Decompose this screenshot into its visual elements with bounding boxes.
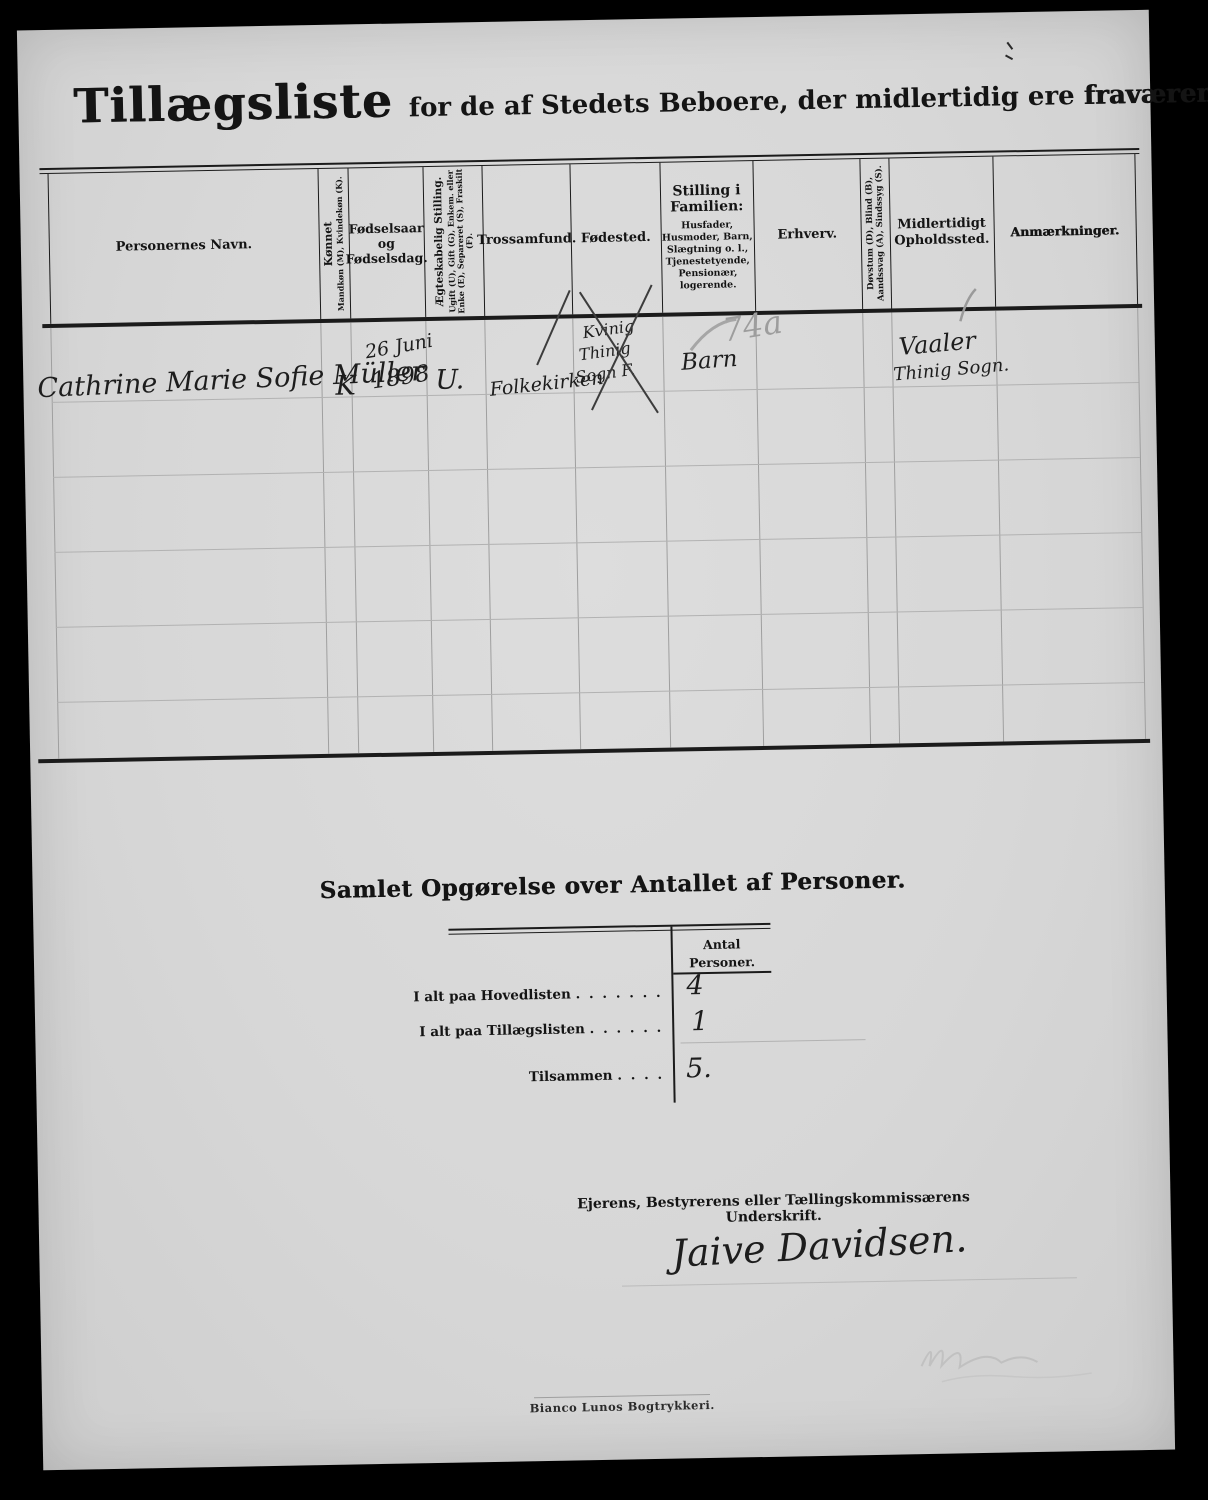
vertical-label: Døvstum (D), Blind (B), Aandssvag (A), S… [864, 161, 886, 307]
col-header-label: Erhverv. [777, 227, 837, 244]
col-header-aegteskabelig-stilling: Ægteskabelig Stilling. Ugift (U), Gift (… [422, 166, 484, 317]
form-title-main: Tillægsliste [73, 74, 393, 135]
scanned-census-sheet: Tillægsliste for de af Stedets Beboere, … [0, 0, 1208, 1500]
ink-speck [1005, 42, 1012, 59]
body-row-line [57, 682, 1144, 703]
summary-value-hovedlisten: 4 [686, 970, 704, 1001]
col-header-label: Døvstum (D), Blind (B), Aandssvag (A), S… [864, 161, 886, 307]
printer-imprint: Bianco Lunos Bogtrykkeri. [512, 1398, 732, 1416]
col-header-foedselsaar: Fødselsaar og Fødselsdag. [347, 167, 425, 318]
body-row-line [56, 607, 1143, 628]
col-header-sublabel: Husfader, Husmoder, Barn, Slægtning o. l… [660, 219, 754, 292]
col-header-trossamfund: Trossamfund. [481, 164, 572, 316]
col-header-label: Fødselsaar og Fødselsdag. [345, 220, 428, 266]
body-row-line [54, 532, 1141, 553]
summary-row-dots: . . . . [617, 1067, 664, 1084]
summary-row-tillaegslisten: I alt paa Tillægslisten . . . . . . [413, 1020, 663, 1041]
col-header-erhverv: Erhverv. [752, 159, 862, 311]
form-title: Tillægsliste for de af Stedets Beboere, … [73, 61, 1094, 135]
pencil-scribble [942, 1373, 1092, 1382]
col-header-sublabel: Ugift (U), Gift (G), Enkem. eller Enke (… [445, 168, 475, 314]
col-header-stilling-i-familien: Stilling i Familien: Husfader, Husmoder,… [659, 161, 755, 313]
col-header-doevstum: Døvstum (D), Blind (B), Aandssvag (A), S… [859, 159, 891, 310]
form-title-rest: for de af Stedets Beboere, der midlertid… [409, 81, 1075, 123]
summary-col-header: Antal Personer. [674, 935, 771, 972]
summary-row-dots: . . . . . . [589, 1020, 663, 1037]
summary-row-dots: . . . . . . . [575, 985, 662, 1003]
body-row-line [53, 457, 1140, 478]
col-header-label: Trossamfund. [477, 231, 576, 248]
table-bottom-rule [38, 739, 1150, 763]
summary-value-tillaegslisten: 1 [691, 1006, 709, 1037]
summary-title: Samlet Opgørelse over Antallet af Person… [312, 866, 912, 904]
body-vline [662, 317, 671, 748]
vertical-label: Ægteskabelig Stilling. Ugift (U), Gift (… [432, 168, 474, 315]
col-header-personernes-navn: Personernes Navn. [48, 169, 321, 324]
row-pencil-note: 74a [720, 303, 785, 350]
col-header-label: Anmærkninger. [1010, 222, 1119, 239]
summary-value-tilsammen: 5. [686, 1053, 712, 1084]
row-temporary-residence-line1: Vaaler [898, 326, 977, 361]
form-title-emphasis: fraværende. [1083, 78, 1208, 111]
summary-row-label: I alt paa Hovedlisten [413, 987, 571, 1006]
body-vline [862, 313, 871, 744]
col-header-anmaerkninger: Anmærkninger. [992, 154, 1137, 307]
summary-col-header-line1: Antal [703, 936, 741, 952]
col-header-midlertidigt-opholdssted: Midlertidigt Opholdssted. [888, 157, 995, 309]
summary-row-hovedlisten: I alt paa Hovedlisten . . . . . . . [413, 985, 663, 1006]
census-form-page: Tillægsliste for de af Stedets Beboere, … [17, 10, 1175, 1471]
summary-col-header-line2: Personer. [689, 954, 755, 970]
pencil-scribble [921, 1349, 1037, 1368]
col-header-label: Midlertidigt Opholdssted. [889, 216, 994, 249]
row-marital-status: U. [435, 364, 464, 396]
summary-row-line [681, 1039, 866, 1043]
col-header-label: Personernes Navn. [115, 237, 252, 255]
vertical-label: Kønnet Mandkøn (M), Kvindekøn (K). [321, 171, 346, 317]
summary-row-label: Tilsammen [529, 1068, 613, 1086]
signature-underline [622, 1277, 1077, 1286]
row-sex: K [335, 370, 356, 401]
col-header-label: Fødested. [581, 230, 651, 247]
body-vline [755, 315, 764, 746]
col-header-foedested: Fødested. [569, 163, 662, 315]
body-vline [1137, 308, 1146, 739]
row-family-position: Barn [680, 346, 738, 376]
summary-row-label: I alt paa Tillægslisten [419, 1021, 585, 1040]
summary-row-tilsammen: Tilsammen . . . . [414, 1067, 664, 1088]
col-header-label: Stilling i Familien: [660, 182, 754, 217]
